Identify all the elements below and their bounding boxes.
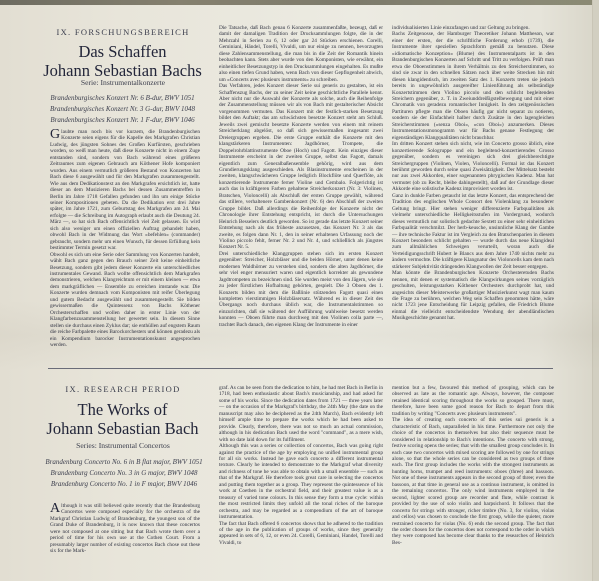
german-paragraph: Drei unterschiedliche Klanggruppen stehe…: [219, 251, 383, 328]
english-title: The Works of Johann Sebastian Bach: [30, 400, 215, 438]
german-paragraph: Die Tatsache, daß Bach genau 6 Konzerte …: [219, 25, 383, 83]
german-dropcap: G: [50, 129, 60, 140]
german-paragraph: Man könnte die Brandenburgischen Konzert…: [392, 270, 554, 322]
german-work-item: Brandenburgisches Konzert Nr. 3 G-dur, B…: [40, 104, 205, 115]
english-dropcap: A: [50, 503, 60, 514]
german-work-item: Brandenburgisches Konzert Nr. 6 B-dur, B…: [40, 93, 205, 104]
english-works-list: Brandenburg Concerto No. 6 in B flat maj…: [40, 457, 208, 490]
german-paragraph: Das Verfahren, jedes Konzert dieser Seri…: [219, 83, 383, 251]
english-column-1: A lthough it was still believed quite re…: [50, 503, 200, 557]
german-works-list: Brandenburgisches Konzert Nr. 6 B-dur, B…: [40, 93, 205, 126]
section-divider: [48, 368, 553, 369]
paper-right-edge: [592, 0, 599, 581]
paper-top-edge: [0, 0, 599, 5]
german-series: Serie: Instrumentalkonzerte: [48, 78, 198, 87]
english-work-item: Brandenburg Concerto No. 1 in F major, B…: [40, 479, 208, 490]
german-title: Das Schaffen Johann Sebastian Bachs: [30, 42, 215, 80]
english-column-2: graf. As can be seen from the dedication…: [219, 385, 383, 553]
german-kicker: IX. FORSCHUNGSBEREICH: [48, 27, 198, 37]
english-title-line2: Johann Sebastian Bach: [30, 419, 215, 438]
english-kicker: IX. RESEARCH PERIOD: [48, 384, 198, 394]
german-paragraph: Obwohl es sich um eine Serie oder Sammlu…: [50, 252, 200, 349]
german-column-1: G laubte man noch bis vor kurzem, die Br…: [50, 129, 200, 361]
english-paragraph: The fact that Bach offered 6 concertos s…: [219, 521, 383, 547]
german-title-line1: Das Schaffen: [30, 42, 215, 61]
german-paragraph: Bachs Zeitgenosse, der Hamburger Theoret…: [392, 31, 554, 141]
english-paragraph: Although this was a series or collection…: [219, 443, 383, 520]
english-paragraph: The idea of creating each concerto of th…: [392, 417, 554, 546]
english-paragraph: graf. As can be seen from the dedication…: [219, 385, 383, 443]
english-paragraph: mention but a few, favoured this method …: [392, 385, 554, 417]
english-series: Series: Instrumental Concertos: [48, 441, 198, 450]
german-paragraph: laubte man noch bis vor kurzem, die Bran…: [50, 129, 200, 252]
german-work-item: Brandenburgisches Konzert Nr. 1 F-dur, B…: [40, 115, 205, 126]
german-column-2: Die Tatsache, daß Bach genau 6 Konzerte …: [219, 25, 383, 345]
german-paragraph: Im dritten Konzert stehen sich nicht, wi…: [392, 141, 554, 193]
english-paragraph: lthough it was still believed quite rece…: [50, 503, 200, 555]
german-column-3: individualisierten Linie einzufangen und…: [392, 25, 554, 345]
english-work-item: Brandenburg Concerto No. 3 in G major, B…: [40, 468, 208, 479]
english-work-item: Brandenburg Concerto No. 6 in B flat maj…: [40, 457, 208, 468]
german-paragraph: Ganz in dunkle Farben getaucht ist das l…: [392, 193, 554, 270]
english-title-line1: The Works of: [30, 400, 215, 419]
english-column-3: mention but a few, favoured this method …: [392, 385, 554, 553]
